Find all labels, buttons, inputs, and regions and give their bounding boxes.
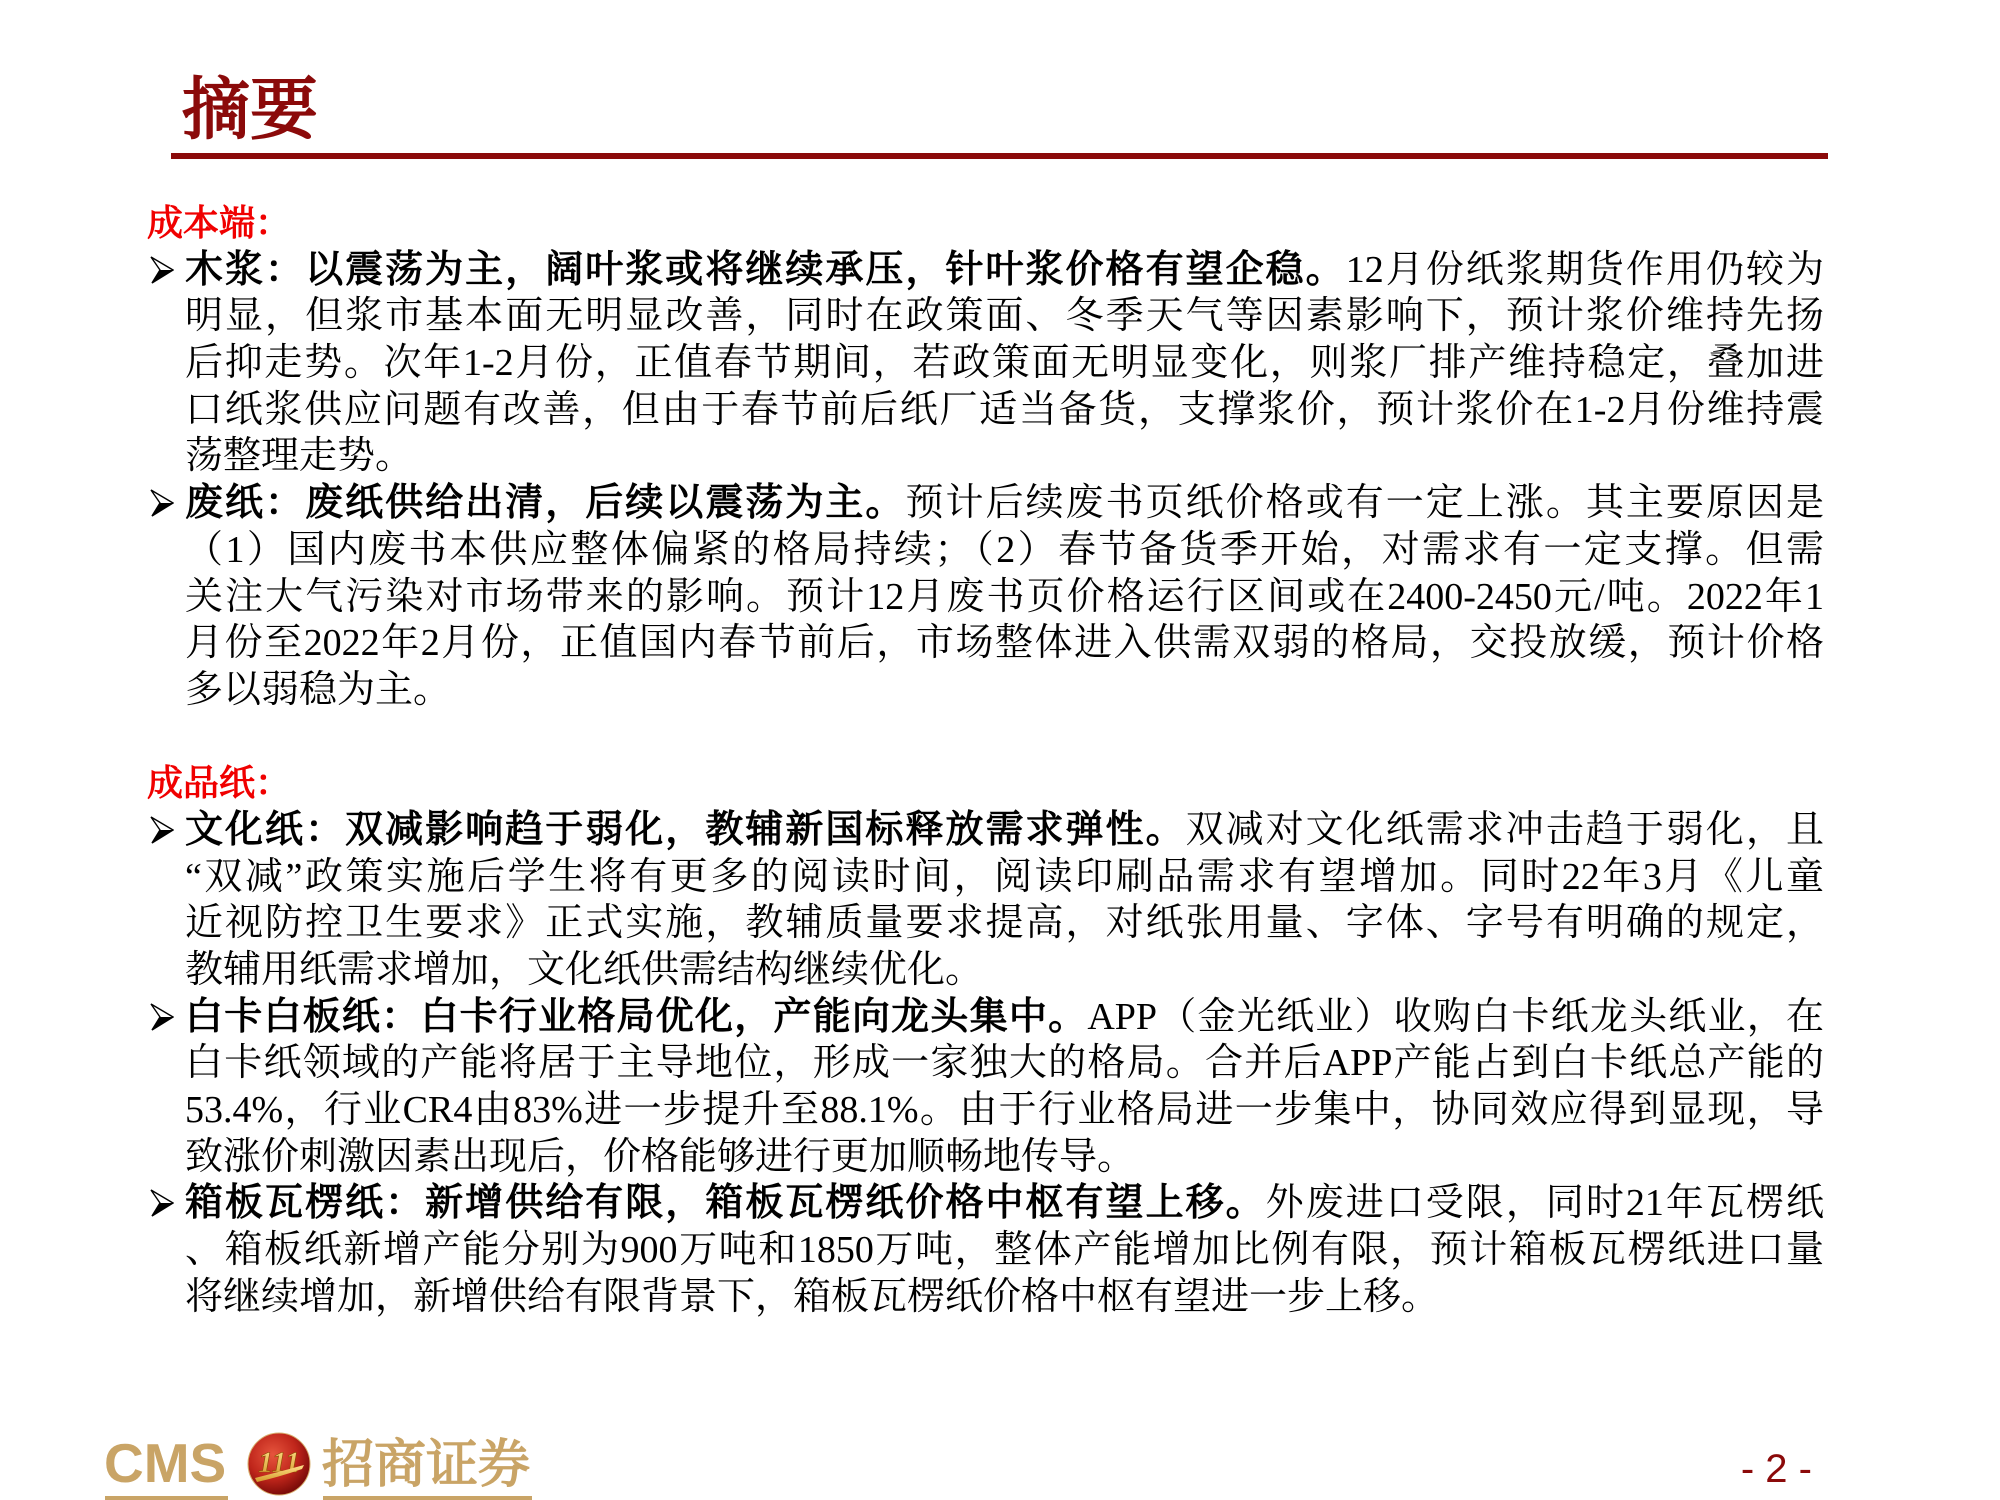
bullet-line: “双减”政策实施后学生将有更多的阅读时间，阅读印刷品需求有望增加。同时22年3月… [185, 854, 1824, 901]
bullet-text: APP（金光纸业）收购白卡纸龙头纸业，在 [1087, 996, 1824, 1038]
bullet-line: 明显，但浆市基本面无明显改善，同时在政策面、冬季天气等因素影响下，预计浆价维持先… [185, 293, 1824, 340]
bullet-white-board: 白卡白板纸：白卡行业格局优化，产能向龙头集中。APP（金光纸业）收购白卡纸龙头纸… [147, 994, 1824, 1181]
bullet-line: 口纸浆供应问题有改善，但由于春节前后纸厂适当备货，支撑浆价，预计浆价在1-2月份… [185, 387, 1824, 434]
arrow-bullet-icon [150, 1189, 174, 1217]
bullet-line: 白卡白板纸：白卡行业格局优化，产能向龙头集中。APP（金光纸业）收购白卡纸龙头纸… [185, 994, 1824, 1041]
arrow-bullet-icon [150, 816, 174, 844]
title-divider [171, 153, 1828, 159]
bullet-lead: 废纸：废纸供给出清，后续以震荡为主。 [185, 482, 905, 524]
bullet-line: （1）国内废书本供应整体偏紧的格局持续；（2）春节备货季开始，对需求有一定支撑。… [185, 527, 1824, 574]
bullet-line: 将继续增加，新增供给有限背景下，箱板瓦楞纸价格中枢有望进一步上移。 [185, 1274, 1824, 1321]
bullet-line: 近视防控卫生要求》正式实施，教辅质量要求提高，对纸张用量、字体、字号有明确的规定… [185, 900, 1824, 947]
summary-content: 成本端： 木浆：以震荡为主，阔叶浆或将继续承压，针叶浆价格有望企稳。12月份纸浆… [147, 200, 1824, 1321]
bullet-line: 、箱板纸新增产能分别为900万吨和1850万吨，整体产能增加比例有限，预计箱板瓦… [185, 1227, 1824, 1274]
page-title: 摘要 [182, 76, 318, 144]
bullet-text: 预计后续废书页纸价格或有一定上涨。其主要原因是 [905, 482, 1824, 524]
logo-underline [323, 1496, 532, 1500]
section-heading: 成品纸： [147, 760, 1824, 807]
bullet-lead: 箱板瓦楞纸：新增供给有限，箱板瓦楞纸价格中枢有望上移。 [185, 1182, 1266, 1224]
bullet-line: 荡整理走势。 [185, 433, 1824, 480]
section-cost-side: 成本端： 木浆：以震荡为主，阔叶浆或将继续承压，针叶浆价格有望企稳。12月份纸浆… [147, 200, 1824, 714]
bullet-text: 外废进口受限，同时21年瓦楞纸 [1266, 1182, 1824, 1224]
bullet-line: 关注大气污染对市场带来的影响。预计12月废书页价格运行区间或在2400-2450… [185, 574, 1824, 621]
bullet-waste-paper: 废纸：废纸供给出清，后续以震荡为主。预计后续废书页纸价格或有一定上涨。其主要原因… [147, 480, 1824, 713]
arrow-bullet-icon [150, 1003, 174, 1031]
bullet-line: 箱板瓦楞纸：新增供给有限，箱板瓦楞纸价格中枢有望上移。外废进口受限，同时21年瓦… [185, 1180, 1824, 1227]
bullet-wood-pulp: 木浆：以震荡为主，阔叶浆或将继续承压，针叶浆价格有望企稳。12月份纸浆期货作用仍… [147, 247, 1824, 480]
bullet-line: 文化纸：双减影响趋于弱化，教辅新国标释放需求弹性。双减对文化纸需求冲击趋于弱化，… [185, 807, 1824, 854]
bullet-line: 多以弱稳为主。 [185, 667, 1824, 714]
section-finished-paper: 成品纸： 文化纸：双减影响趋于弱化，教辅新国标释放需求弹性。双减对文化纸需求冲击… [147, 760, 1824, 1320]
bullet-line: 月份至2022年2月份，正值国内春节前后，市场整体进入供需双弱的格局，交投放缓，… [185, 620, 1824, 667]
bullet-text: 双减对文化纸需求冲击趋于弱化，且 [1186, 809, 1824, 851]
bullet-line: 教辅用纸需求增加，文化纸供需结构继续优化。 [185, 947, 1824, 994]
logo-chinese-text: 招商证券 [322, 1439, 530, 1491]
bullet-line: 白卡纸领域的产能将居于主导地位，形成一家独大的格局。合并后APP产能占到白卡纸总… [185, 1040, 1824, 1087]
report-page: 摘要 成本端： 木浆：以震荡为主，阔叶浆或将继续承压，针叶浆价格有望企稳。12月… [0, 0, 2000, 1500]
bullet-line: 废纸：废纸供给出清，后续以震荡为主。预计后续废书页纸价格或有一定上涨。其主要原因… [185, 480, 1824, 527]
logo-cms-text: CMS [104, 1436, 226, 1491]
bullet-text: 12月份纸浆期货作用仍较为 [1346, 249, 1824, 291]
bullet-cultural-paper: 文化纸：双减影响趋于弱化，教辅新国标释放需求弹性。双减对文化纸需求冲击趋于弱化，… [147, 807, 1824, 994]
section-heading: 成本端： [147, 200, 1824, 247]
page-number: - 2 - [1741, 1449, 1812, 1489]
bullet-lead: 文化纸：双减影响趋于弱化，教辅新国标释放需求弹性。 [185, 809, 1186, 851]
bullet-lead: 白卡白板纸：白卡行业格局优化，产能向龙头集中。 [185, 996, 1087, 1038]
arrow-bullet-icon [150, 256, 174, 284]
arrow-bullet-icon [150, 489, 174, 517]
logo-ball-icon: 111 [246, 1431, 312, 1497]
bullet-line: 53.4%，行业CR4由83%进一步提升至88.1%。由于行业格局进一步集中，协… [185, 1087, 1824, 1134]
bullet-line: 后抑走势。次年1-2月份，正值春节期间，若政策面无明显变化，则浆厂排产维持稳定，… [185, 340, 1824, 387]
bullet-line: 致涨价刺激因素出现后，价格能够进行更加顺畅地传导。 [185, 1134, 1824, 1181]
bullet-containerboard: 箱板瓦楞纸：新增供给有限，箱板瓦楞纸价格中枢有望上移。外废进口受限，同时21年瓦… [147, 1180, 1824, 1320]
bullet-line: 木浆：以震荡为主，阔叶浆或将继续承压，针叶浆价格有望企稳。12月份纸浆期货作用仍… [185, 247, 1824, 294]
bullet-lead: 木浆：以震荡为主，阔叶浆或将继续承压，针叶浆价格有望企稳。 [185, 249, 1346, 291]
logo-underline [105, 1496, 228, 1500]
